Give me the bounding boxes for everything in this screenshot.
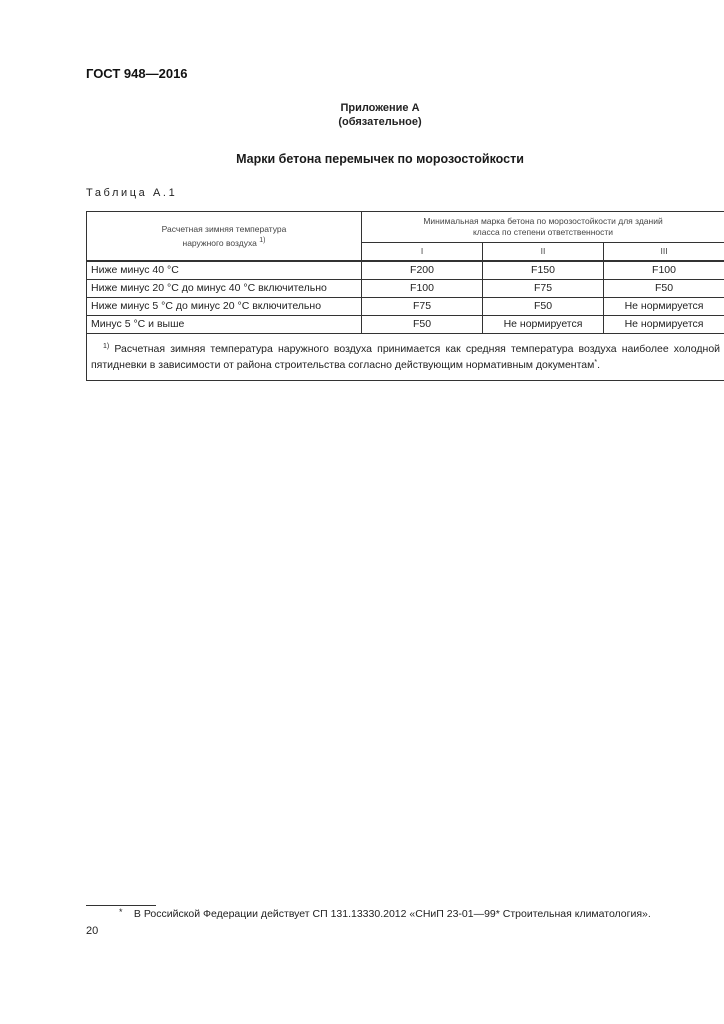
row-value-class-2: F75	[483, 280, 604, 298]
header-class-3: III	[604, 243, 724, 261]
table-note-row: 1) Расчетная зимняя температура наружног…	[87, 334, 724, 381]
header-grade-group-line2: класса по степени ответственности	[473, 227, 613, 237]
page-number: 20	[86, 925, 98, 937]
row-value-class-3: Не нормируется	[604, 298, 724, 316]
row-value-class-2: F150	[483, 262, 604, 280]
document-code: ГОСТ 948—2016	[86, 66, 188, 81]
table-row: Минус 5 °С и выше F50 Не нормируется Не …	[87, 316, 724, 334]
header-class-2: II	[483, 243, 604, 261]
frost-resistance-table: Расчетная зимняя температура наружного в…	[86, 211, 724, 381]
table-note-text: Расчетная зимняя температура наружного в…	[91, 343, 720, 371]
row-value-class-1: F100	[362, 280, 483, 298]
header-grade-group: Минимальная марка бетона по морозостойко…	[362, 212, 724, 243]
table-row: Ниже минус 5 °С до минус 20 °С включител…	[87, 298, 724, 316]
section-title-text: Марки бетона перемычек по морозостойкост…	[236, 152, 524, 166]
header-temperature-line2: наружного воздуха	[183, 238, 257, 248]
row-value-class-2: Не нормируется	[483, 316, 604, 334]
appendix-subtitle: (обязательное)	[36, 115, 724, 129]
header-temperature-note-ref: 1)	[259, 237, 265, 244]
header-temperature: Расчетная зимняя температура наружного в…	[87, 212, 362, 261]
footnote-marker: *	[119, 907, 131, 917]
appendix-heading: Приложение А (обязательное)	[0, 101, 724, 129]
row-temperature: Минус 5 °С и выше	[87, 316, 362, 334]
footnote-separator	[86, 905, 156, 906]
row-value-class-3: F100	[604, 262, 724, 280]
row-value-class-3: F50	[604, 280, 724, 298]
table-row: Ниже минус 40 °С F200 F150 F100	[87, 262, 724, 280]
row-temperature: Ниже минус 20 °С до минус 40 °С включите…	[87, 280, 362, 298]
appendix-title: Приложение А	[36, 101, 724, 115]
row-value-class-1: F75	[362, 298, 483, 316]
table-row: Ниже минус 20 °С до минус 40 °С включите…	[87, 280, 724, 298]
header-grade-group-line1: Минимальная марка бетона по морозостойко…	[423, 216, 662, 226]
section-title: Марки бетона перемычек по морозостойкост…	[0, 152, 724, 166]
header-class-1: I	[362, 243, 483, 261]
row-temperature: Ниже минус 5 °С до минус 20 °С включител…	[87, 298, 362, 316]
row-value-class-1: F50	[362, 316, 483, 334]
table-note-end: .	[597, 359, 600, 371]
row-temperature: Ниже минус 40 °С	[87, 262, 362, 280]
table-header-row: Расчетная зимняя температура наружного в…	[87, 212, 724, 243]
table-caption: Таблица А.1	[86, 187, 177, 199]
frost-resistance-table-container: Расчетная зимняя температура наружного в…	[86, 211, 673, 381]
footnote: * В Российской Федерации действует СП 13…	[119, 907, 651, 920]
table-note: 1) Расчетная зимняя температура наружног…	[87, 334, 724, 381]
table-note-ref: 1)	[103, 343, 109, 350]
row-value-class-2: F50	[483, 298, 604, 316]
row-value-class-1: F200	[362, 262, 483, 280]
row-value-class-3: Не нормируется	[604, 316, 724, 334]
header-temperature-line1: Расчетная зимняя температура	[162, 224, 287, 234]
footnote-text: В Российской Федерации действует СП 131.…	[134, 908, 651, 920]
